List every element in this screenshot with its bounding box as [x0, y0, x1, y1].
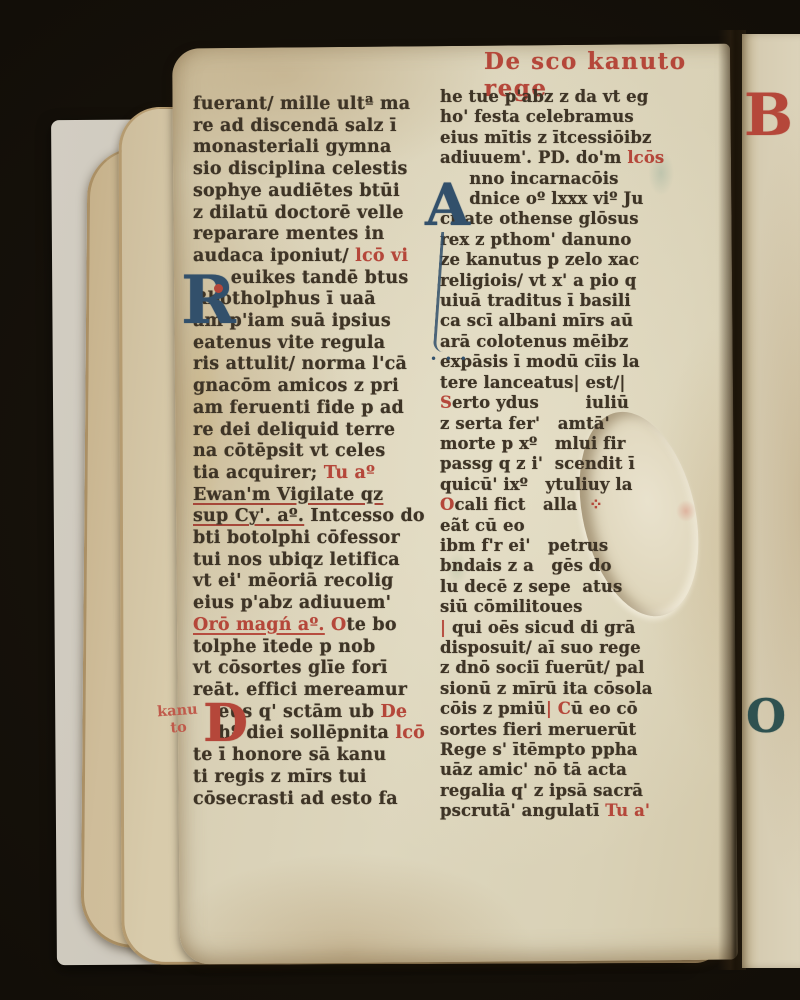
rubric-text: lcō vi [349, 246, 408, 266]
rubric-text: | C [546, 699, 571, 718]
ink-text: vt cōsortes glīe forī [193, 658, 388, 678]
text-line: he tue p'abz z da vt eg [440, 87, 710, 107]
rubric-text: S [440, 393, 452, 412]
illuminated-initial-a: A [425, 178, 470, 232]
ink-text: ibm f'r ei' petrus [440, 536, 608, 555]
ink-text: z serta fer' amtā' [440, 414, 610, 433]
text-line: dnice oº lxxx viº Ju [440, 189, 710, 209]
ink-text: eãt cū eo [440, 516, 525, 535]
text-line: ti regis z mīrs tui [193, 767, 439, 789]
text-line: bndais z a gēs do [440, 556, 710, 576]
ink-text: tere lanceatus| est/| [440, 373, 625, 392]
ink-text: ū eo cō [571, 699, 638, 718]
ink-text: uāz amic' nō tā acta [440, 760, 627, 779]
text-line: cōsecrasti ad esto fa [193, 789, 439, 811]
rubric-text: O [440, 495, 454, 514]
text-line: quicū' ixº ytuliuy la [440, 475, 710, 495]
ink-text: monasteriali gymna [193, 137, 392, 157]
text-line: | qui oēs sicud di grā [440, 618, 710, 638]
text-line: citate othense glōsus [440, 209, 710, 229]
rubric-text: De [374, 702, 407, 722]
rubric-text: Ewan'm Vigilate qz [193, 485, 383, 505]
facing-page-initial-o: O [746, 694, 786, 738]
ink-text: bti botolphi cōfessor [193, 528, 400, 548]
text-line: ze kanutus p zelo xac [440, 250, 710, 270]
text-line: re ad discendā salz ī [193, 116, 439, 138]
ink-text: re ad discendā salz ī [193, 116, 397, 136]
ink-text: ca scī albani mīrs aū [440, 311, 633, 330]
ink-text: am feruenti fide p ad [193, 398, 404, 418]
text-line: re dei deliquid terre [193, 420, 439, 442]
ink-text: lu decē z sepe atus [440, 577, 622, 596]
rubric-text: | [440, 618, 452, 637]
text-line: cōis z pmiū| Cū eo cō [440, 699, 710, 719]
ink-text: cōsecrasti ad esto fa [193, 789, 398, 809]
ink-text: quicū' ixº ytuliuy la [440, 475, 633, 494]
ink-text: regalia q' z ipsā sacrā [440, 781, 643, 800]
text-line: Serto ydus iuliū [440, 393, 710, 413]
ink-text: dnice oº lxxx viº Ju [440, 189, 644, 208]
ink-text: z dilatū doctorē velle [193, 203, 404, 223]
ink-text: te bo [346, 615, 396, 635]
ink-text: sio disciplina celestis [193, 159, 408, 179]
initial-r-red-dot [214, 284, 223, 293]
text-line: regalia q' z ipsā sacrā [440, 781, 710, 801]
ink-text: z dnō sociī fuerūt/ pal [440, 658, 645, 677]
rubric-text: sup Cy'. aº. [193, 506, 304, 526]
text-line: sophye audiētes btūi [193, 181, 439, 203]
ink-text: expāsis ī modū cīis la [440, 352, 640, 371]
ink-text: bndais z a gēs do [440, 556, 612, 575]
rubric-text: lcō [389, 723, 425, 743]
ink-text: qui oēs sicud di grā [452, 618, 635, 637]
text-line: siū cōmilitoues [440, 597, 710, 617]
ink-text: Rege s' ītēmpto ppha [440, 740, 638, 759]
text-line: religiois/ vt x' a pio q [440, 271, 710, 291]
rubric-text: Tu a' [599, 801, 650, 820]
text-line: vt cōsortes glīe forī [193, 658, 439, 680]
ink-text: vt ei' mēoriā recolig [193, 571, 394, 591]
text-line: disposuit/ aī suo rege [440, 638, 710, 658]
text-line: fuerant/ mille ultª ma [193, 94, 439, 116]
text-line: gnacōm amicos z pri [193, 376, 439, 398]
ink-text: tui nos ubiqz letifica [193, 550, 400, 570]
text-line: Ewan'm Vigilate qz [193, 485, 439, 507]
text-line: tolphe ītede p nob [193, 637, 439, 659]
text-line: tere lanceatus| est/| [440, 373, 710, 393]
ink-text: na cōtēpsit vt celes [193, 441, 385, 461]
rubric-text: ⁘ [577, 495, 603, 514]
text-line: uāz amic' nō tā acta [440, 760, 710, 780]
ink-text: religiois/ vt x' a pio q [440, 271, 636, 290]
ink-text: arā colotenus mēibz [440, 332, 628, 351]
ink-text: morte p xº mlui fir [440, 434, 626, 453]
text-line: ca scī albani mīrs aū [440, 311, 710, 331]
ink-text: eius p'abz adiuuem' [193, 593, 391, 613]
ink-text: re dei deliquid terre [193, 420, 395, 440]
ink-text: eius mītis z ītcessiōibz [440, 128, 651, 147]
text-line: am feruenti fide p ad [193, 398, 439, 420]
text-line: eãt cū eo [440, 516, 710, 536]
text-line: sionū z mīrū ita cōsola [440, 679, 710, 699]
text-line: passg q z i' scendit ī [440, 454, 710, 474]
ink-text: sophye audiētes btūi [193, 181, 400, 201]
rubric-text: O [325, 615, 347, 635]
ink-text: uiuā traditus ī basili [440, 291, 631, 310]
ink-text: sortes fieri meruerūt [440, 720, 636, 739]
text-line: tia acquirer; Tu aº [193, 463, 439, 485]
ink-text: he tue p'abz z da vt eg [440, 87, 648, 106]
text-line: ibm f'r ei' petrus [440, 536, 710, 556]
right-text-column: he tue p'abz z da vt egho' festa celebra… [440, 87, 710, 822]
rubric-text: Orō magń aº. [193, 615, 325, 635]
rubric-text: Tu aº [317, 463, 375, 483]
text-line: sortes fieri meruerūt [440, 720, 710, 740]
text-line: pscrutā' angulatī Tu a' [440, 801, 710, 821]
ink-text: fuerant/ mille ultª ma [193, 94, 410, 114]
facing-page-initial-b: B [744, 88, 793, 142]
text-line: na cōtēpsit vt celes [193, 441, 439, 463]
text-line: eius mītis z ītcessiōibz [440, 128, 710, 148]
text-line: z dilatū doctorē velle [193, 203, 439, 225]
text-line: ris attulit/ norma l'cā [193, 354, 439, 376]
ink-text: erto ydus iuliū [452, 393, 629, 412]
ink-text: ris attulit/ norma l'cā [193, 354, 407, 374]
ink-text: ti regis z mīrs tui [193, 767, 367, 787]
text-line: lu decē z sepe atus [440, 577, 710, 597]
text-line: reparare mentes in [193, 224, 439, 246]
facing-page-edge [742, 34, 800, 968]
text-line: bti botolphi cōfessor [193, 528, 439, 550]
marginal-rubric-note: kanu to [156, 701, 200, 738]
text-line: nno incarnacōis [440, 169, 710, 189]
rubric-text: lcōs [621, 148, 664, 167]
manuscript-photo: De sco kanuto rege fuerant/ mille ultª m… [0, 0, 800, 1000]
ink-text: reparare mentes in [193, 224, 384, 244]
ink-text: tolphe ītede p nob [193, 637, 375, 657]
text-line: monasteriali gymna [193, 137, 439, 159]
text-line: Rege s' ītēmpto ppha [440, 740, 710, 760]
text-line: sup Cy'. aº. Intcesso do [193, 506, 439, 528]
rubricated-initial-d: D [203, 700, 248, 748]
text-line: expāsis ī modū cīis la [440, 352, 710, 372]
text-line: morte p xº mlui fir [440, 434, 710, 454]
text-line: arā colotenus mēibz [440, 332, 710, 352]
text-line: uiuā traditus ī basili [440, 291, 710, 311]
text-line: adiuuem'. PD. do'm lcōs [440, 148, 710, 168]
ink-text: ze kanutus p zelo xac [440, 250, 639, 269]
initial-a-tail-dots: • • • [430, 352, 469, 366]
ink-text: cōis z pmiū [440, 699, 546, 718]
ink-text: tia acquirer; [193, 463, 317, 483]
text-line: z serta fer' amtā' [440, 414, 710, 434]
ink-text: sionū z mīrū ita cōsola [440, 679, 653, 698]
ink-text: cali fict alla [454, 495, 577, 514]
ink-text: passg q z i' scendit ī [440, 454, 635, 473]
text-line: tui nos ubiqz letifica [193, 550, 439, 572]
text-line: Orō magń aº. Ote bo [193, 615, 439, 637]
ink-text: ho' festa celebramus [440, 107, 634, 126]
text-line: sio disciplina celestis [193, 159, 439, 181]
text-line: vt ei' mēoriā recolig [193, 571, 439, 593]
ink-text: gnacōm amicos z pri [193, 376, 399, 396]
ink-text: pscrutā' angulatī [440, 801, 599, 820]
illuminated-initial-r: R [181, 270, 236, 330]
text-line: z dnō sociī fuerūt/ pal [440, 658, 710, 678]
text-line: ho' festa celebramus [440, 107, 710, 127]
ink-text: adiuuem'. PD. do'm [440, 148, 621, 167]
text-line: rex z pthom' danuno [440, 230, 710, 250]
text-line: eius p'abz adiuuem' [193, 593, 439, 615]
ink-text: Intcesso do [304, 506, 425, 526]
text-line: Ocali fict alla ⁘ [440, 495, 710, 515]
ink-text: siū cōmilitoues [440, 597, 583, 616]
ink-text: disposuit/ aī suo rege [440, 638, 641, 657]
